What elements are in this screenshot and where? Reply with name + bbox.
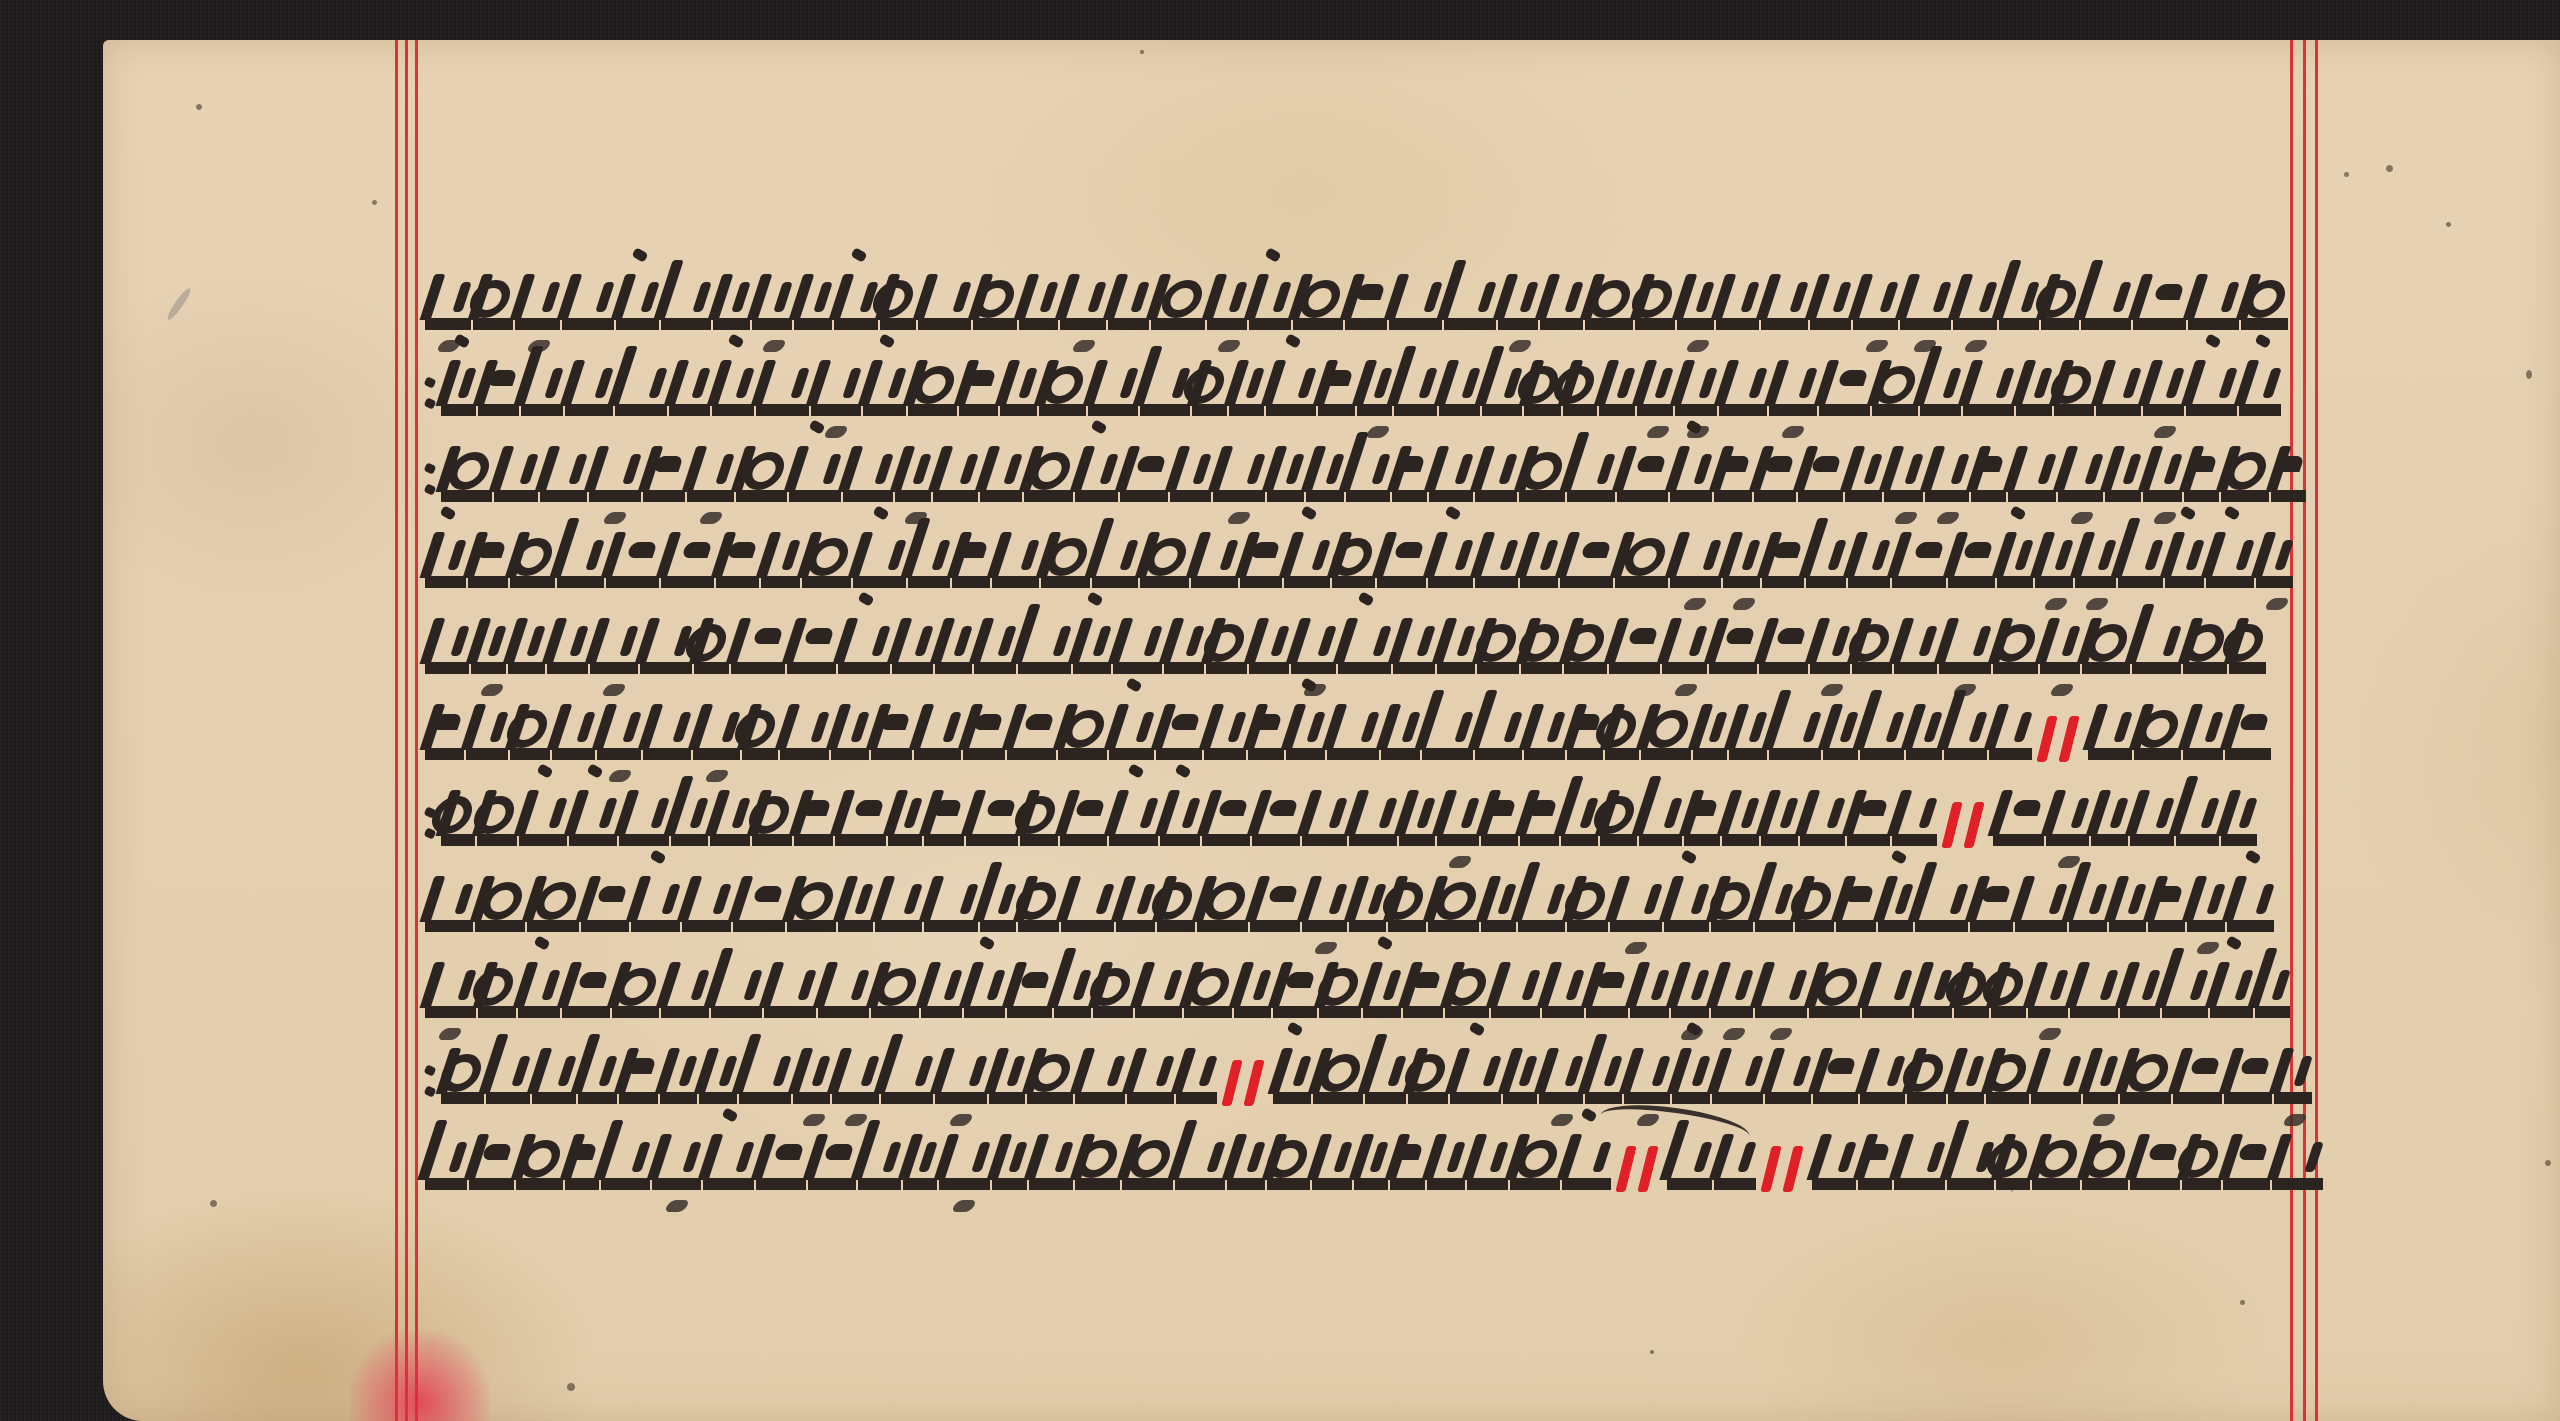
script-glyph — [441, 444, 492, 502]
script-glyph — [761, 530, 800, 588]
script-glyph — [1823, 702, 1858, 760]
script-glyph — [473, 272, 513, 330]
script-glyph — [1800, 788, 1845, 846]
script-glyph — [756, 1132, 806, 1190]
script-glyph — [871, 960, 919, 1018]
script-glyph — [1712, 1046, 1763, 1104]
script-glyph — [578, 1046, 617, 1104]
script-glyph — [1363, 960, 1401, 1018]
script-glyph — [2256, 530, 2293, 588]
script-glyph — [1365, 1046, 1406, 1104]
script-glyph — [1892, 788, 1937, 846]
script-glyph — [1810, 616, 1850, 674]
script-glyph — [863, 358, 906, 416]
script-glyph — [478, 358, 519, 416]
script-glyph — [908, 358, 957, 416]
script-glyph — [1853, 272, 1898, 330]
script-glyph — [933, 444, 978, 502]
red-double-danda — [1947, 784, 1979, 848]
script-glyph — [858, 1132, 901, 1190]
script-glyph — [793, 1046, 830, 1104]
script-glyph — [2008, 444, 2056, 502]
script-glyph — [1520, 530, 1558, 588]
script-glyph — [425, 1132, 467, 1190]
script-glyph — [1346, 444, 1390, 502]
script-glyph — [742, 702, 778, 760]
script-line-7 — [425, 778, 2295, 864]
script-glyph — [2206, 530, 2254, 588]
script-glyph — [486, 1046, 530, 1104]
script-glyph — [1170, 444, 1211, 502]
script-glyph — [1422, 702, 1473, 760]
script-line-2 — [425, 348, 2295, 434]
script-glyph — [1213, 444, 1265, 502]
script-glyph — [966, 788, 1018, 846]
script-glyph — [2271, 444, 2306, 502]
script-glyph — [494, 444, 538, 502]
script-glyph — [880, 272, 916, 330]
script-glyph — [831, 702, 869, 760]
script-glyph — [1229, 358, 1264, 416]
script-glyph — [1503, 1046, 1537, 1104]
script-glyph — [1567, 874, 1608, 932]
red-double-danda — [1227, 1042, 1259, 1106]
script-glyph — [789, 444, 841, 502]
script-glyph — [2176, 788, 2219, 846]
script-glyph — [713, 272, 750, 330]
script-glyph — [1007, 960, 1052, 1018]
script-glyph — [1878, 874, 1913, 932]
script-glyph — [1116, 874, 1155, 932]
script-glyph — [1677, 272, 1714, 330]
script-glyph — [2069, 874, 2107, 932]
script-glyph — [811, 358, 861, 416]
script-glyph — [2132, 616, 2181, 674]
script-glyph — [2224, 1046, 2272, 1104]
script-glyph — [716, 530, 759, 588]
script-glyph — [752, 788, 792, 846]
script-glyph — [1354, 1132, 1388, 1190]
script-glyph — [1948, 1046, 1984, 1104]
script-glyph — [2081, 272, 2131, 330]
script-glyph — [1662, 616, 1707, 674]
script-glyph — [557, 530, 604, 588]
script-line-5 — [425, 606, 2295, 692]
script-glyph — [2188, 272, 2239, 330]
script-glyph — [1813, 1046, 1858, 1104]
script-glyph — [1991, 960, 2026, 1018]
script-glyph — [1759, 616, 1808, 674]
script-glyph — [510, 702, 550, 760]
script-glyph — [1518, 874, 1565, 932]
script-glyph — [1540, 272, 1583, 330]
script-glyph — [834, 272, 878, 330]
script-glyph — [1437, 616, 1475, 674]
visarga-mark — [425, 464, 435, 494]
script-glyph — [2184, 444, 2219, 502]
script-glyph — [1996, 1132, 2030, 1190]
script-glyph — [1719, 358, 1767, 416]
script-glyph — [2165, 530, 2204, 588]
script-glyph — [1109, 788, 1158, 846]
script-glyph — [1151, 272, 1205, 330]
script-glyph — [2241, 272, 2288, 330]
script-glyph — [1884, 444, 1923, 502]
script-glyph — [552, 702, 595, 760]
script-glyph — [1563, 358, 1597, 416]
script-glyph — [908, 530, 950, 588]
script-glyph — [540, 444, 587, 502]
script-glyph — [1852, 616, 1892, 674]
script-glyph — [1428, 530, 1473, 588]
script-glyph — [1755, 874, 1793, 932]
script-glyph — [1475, 444, 1517, 502]
script-glyph — [1585, 272, 1633, 330]
script-glyph — [425, 616, 469, 674]
script-glyph — [843, 444, 893, 502]
script-glyph — [1999, 272, 2039, 330]
script-glyph — [1539, 1046, 1583, 1104]
script-glyph — [687, 444, 734, 502]
script-glyph — [1675, 358, 1717, 416]
script-glyph — [2274, 1046, 2312, 1104]
script-glyph — [787, 616, 836, 674]
script-glyph — [838, 874, 873, 932]
script-glyph — [1058, 702, 1107, 760]
script-glyph — [619, 1046, 658, 1104]
script-glyph — [1445, 960, 1489, 1018]
script-glyph — [1249, 272, 1291, 330]
script-glyph — [1284, 530, 1330, 588]
script-glyph — [756, 358, 809, 416]
script-glyph — [1286, 702, 1325, 760]
script-glyph — [1989, 702, 2032, 760]
script-glyph — [1641, 702, 1691, 760]
script-glyph — [1318, 358, 1355, 416]
script-glyph — [924, 874, 978, 932]
script-glyph — [1729, 702, 1767, 760]
script-glyph — [2032, 1132, 2080, 1190]
script-glyph — [1157, 874, 1195, 932]
script-glyph — [441, 788, 475, 846]
script-glyph — [693, 702, 740, 760]
script-glyph — [1491, 960, 1540, 1018]
script-glyph — [2186, 358, 2237, 416]
script-glyph — [1273, 1046, 1311, 1104]
script-glyph — [1709, 616, 1757, 674]
script-glyph — [441, 358, 476, 416]
script-glyph — [631, 874, 680, 932]
script-glyph — [1327, 702, 1379, 760]
script-glyph — [1240, 530, 1282, 588]
script-glyph — [515, 272, 560, 330]
script-glyph — [1810, 272, 1851, 330]
script-glyph — [1970, 874, 2013, 932]
script-glyph — [508, 616, 545, 674]
script-glyph — [589, 444, 641, 502]
script-glyph — [1862, 960, 1912, 1018]
script-glyph — [1389, 272, 1442, 330]
script-glyph — [736, 444, 787, 502]
script-glyph — [1206, 616, 1247, 674]
script-line-10 — [425, 1036, 2295, 1122]
script-glyph — [1075, 1046, 1125, 1104]
script-glyph — [510, 530, 555, 588]
script-glyph — [1711, 874, 1753, 932]
script-glyph — [1600, 788, 1637, 846]
script-glyph — [425, 960, 476, 1018]
script-glyph — [1997, 530, 2033, 588]
visarga-mark — [425, 378, 435, 408]
script-glyph — [441, 1046, 484, 1104]
script-glyph — [1029, 1132, 1073, 1190]
script-glyph — [1392, 444, 1427, 502]
script-glyph — [1836, 874, 1876, 932]
script-glyph — [1020, 788, 1058, 846]
script-glyph — [694, 616, 729, 674]
script-glyph — [425, 702, 464, 760]
script-glyph — [471, 616, 506, 674]
script-glyph — [527, 874, 579, 932]
script-glyph — [1610, 874, 1662, 932]
script-glyph — [711, 960, 762, 1018]
script-glyph — [853, 530, 906, 588]
script-glyph — [2229, 616, 2266, 674]
script-glyph — [478, 960, 516, 1018]
script-glyph — [1769, 702, 1821, 760]
script-glyph — [1693, 702, 1727, 760]
script-glyph — [1762, 530, 1804, 588]
script-glyph — [1561, 788, 1598, 846]
script-glyph — [616, 272, 659, 330]
red-double-danda — [2042, 698, 2074, 762]
script-line-9 — [425, 950, 2295, 1036]
script-glyph — [1267, 444, 1304, 502]
script-glyph — [425, 272, 471, 330]
script-glyph — [606, 530, 659, 588]
script-glyph — [1427, 1132, 1465, 1190]
script-glyph — [1467, 1132, 1508, 1190]
script-glyph — [1113, 616, 1162, 674]
script-glyph — [1273, 960, 1317, 1018]
script-glyph — [1377, 530, 1426, 588]
script-glyph — [1672, 1046, 1710, 1104]
script-glyph — [802, 530, 851, 588]
script-glyph — [1915, 874, 1968, 932]
script-glyph — [2088, 702, 2132, 760]
script-glyph — [1249, 616, 1289, 674]
script-glyph — [1971, 444, 2006, 502]
script-glyph — [562, 272, 614, 330]
script-glyph — [2183, 702, 2223, 760]
script-glyph — [532, 1046, 576, 1104]
script-glyph — [1560, 530, 1613, 588]
script-glyph — [2016, 358, 2052, 416]
script-glyph — [1819, 358, 1870, 416]
script-glyph — [468, 530, 508, 588]
script-glyph — [1847, 788, 1890, 846]
script-glyph — [1617, 444, 1668, 502]
script-glyph — [1120, 444, 1168, 502]
script-glyph — [980, 444, 1022, 502]
script-glyph — [2058, 444, 2103, 502]
script-glyph — [2120, 1046, 2171, 1104]
script-glyph — [1019, 272, 1058, 330]
script-glyph — [475, 874, 525, 932]
script-glyph — [1197, 874, 1248, 932]
script-glyph — [892, 616, 933, 674]
script-glyph — [1963, 358, 2014, 416]
script-glyph — [1605, 702, 1639, 760]
script-glyph — [1761, 272, 1808, 330]
script-glyph — [1202, 788, 1250, 846]
script-glyph — [2082, 1132, 2128, 1190]
script-glyph — [2031, 1046, 2081, 1104]
script-glyph — [2210, 960, 2253, 1018]
script-glyph — [1140, 530, 1189, 588]
script-glyph — [1073, 616, 1111, 674]
script-glyph — [1711, 960, 1753, 1018]
script-glyph — [1267, 1132, 1310, 1190]
script-glyph — [1481, 874, 1516, 932]
script-glyph — [964, 960, 1005, 1018]
script-glyph — [1845, 444, 1882, 502]
script-glyph — [1948, 530, 1995, 588]
script-glyph — [425, 530, 466, 588]
script-glyph — [703, 1132, 754, 1190]
script-glyph — [1403, 960, 1443, 1018]
script-glyph — [1900, 272, 1951, 330]
script-glyph — [875, 874, 922, 932]
script-glyph — [2187, 874, 2225, 932]
script-glyph — [1234, 960, 1271, 1018]
script-glyph — [615, 358, 667, 416]
script-glyph — [794, 788, 833, 846]
script-glyph — [1586, 960, 1628, 1018]
script-glyph — [2109, 874, 2146, 932]
script-glyph — [989, 1046, 1025, 1104]
script-glyph — [619, 788, 669, 846]
script-glyph — [477, 788, 517, 846]
script-glyph — [780, 702, 829, 760]
script-glyph — [835, 788, 886, 846]
script-glyph — [547, 616, 588, 674]
script-glyph — [1860, 702, 1904, 760]
script-glyph — [1953, 272, 1997, 330]
script-glyph — [1060, 272, 1106, 330]
script-glyph — [1140, 358, 1190, 416]
script-glyph — [518, 960, 560, 1018]
script-glyph — [1302, 788, 1347, 846]
script-glyph — [1795, 874, 1834, 932]
script-glyph — [521, 358, 563, 416]
script-glyph — [2221, 444, 2269, 502]
script-glyph — [2075, 530, 2116, 588]
script-glyph — [1381, 702, 1420, 760]
script-glyph — [935, 616, 972, 674]
script-glyph — [1041, 530, 1090, 588]
script-glyph — [888, 788, 922, 846]
script-glyph — [939, 1132, 990, 1190]
script-glyph — [2054, 358, 2094, 416]
script-glyph — [1892, 530, 1946, 588]
script-glyph — [1349, 874, 1386, 932]
script-glyph — [1450, 1046, 1501, 1104]
script-glyph — [565, 358, 613, 416]
script-glyph — [1524, 702, 1565, 760]
script-glyph — [710, 788, 750, 846]
script-glyph — [952, 530, 990, 588]
script-glyph — [1567, 444, 1615, 502]
script-glyph — [731, 616, 785, 674]
script-glyph — [2015, 874, 2067, 932]
script-glyph — [2162, 960, 2208, 1018]
script-glyph — [1061, 874, 1114, 932]
script-glyph — [1510, 1132, 1560, 1190]
script-glyph — [2255, 960, 2290, 1018]
script-glyph — [1639, 788, 1682, 846]
script-glyph — [1039, 358, 1086, 416]
script-glyph — [469, 1132, 514, 1190]
script-glyph — [808, 1132, 856, 1190]
script-glyph — [1671, 960, 1709, 1018]
script-glyph — [1475, 702, 1522, 760]
script-glyph — [1122, 1132, 1173, 1190]
script-glyph — [1175, 1132, 1225, 1190]
script-glyph — [1519, 444, 1565, 502]
script-glyph — [1714, 444, 1752, 502]
script-glyph — [1248, 702, 1284, 760]
script-glyph — [1542, 960, 1584, 1018]
script-glyph — [1664, 874, 1709, 932]
script-glyph — [2227, 874, 2274, 932]
script-glyph — [1858, 1132, 1892, 1190]
script-glyph — [2130, 788, 2174, 846]
script-glyph — [1812, 1132, 1856, 1190]
script-glyph — [1075, 1132, 1120, 1190]
script-glyph — [935, 1046, 987, 1104]
script-glyph — [1408, 1046, 1448, 1104]
script-glyph — [1027, 1046, 1073, 1104]
script-glyph — [739, 1046, 791, 1104]
script-glyph — [959, 358, 998, 416]
script-glyph — [895, 444, 931, 502]
script-glyph — [2182, 1132, 2221, 1190]
script-glyph — [1250, 874, 1300, 932]
script-glyph — [1894, 616, 1937, 674]
script-glyph — [1306, 444, 1344, 502]
script-glyph — [2082, 616, 2130, 674]
script-glyph — [562, 960, 610, 1018]
script-glyph — [1319, 960, 1361, 1018]
script-glyph — [903, 1132, 937, 1190]
script-glyph — [2134, 702, 2181, 760]
script-glyph — [1684, 788, 1720, 846]
script-glyph — [2148, 874, 2185, 932]
script-glyph — [1444, 272, 1496, 330]
script-glyph — [1564, 616, 1607, 674]
script-glyph — [1439, 358, 1480, 416]
manuscript-text-block — [425, 262, 2295, 1208]
script-glyph — [1338, 616, 1391, 674]
script-glyph — [1075, 444, 1118, 502]
script-glyph — [2041, 272, 2079, 330]
script-glyph — [1345, 272, 1387, 330]
script-glyph — [918, 272, 971, 330]
script-glyph — [1313, 1046, 1363, 1104]
script-glyph — [1769, 358, 1817, 416]
script-glyph — [1312, 1132, 1352, 1190]
